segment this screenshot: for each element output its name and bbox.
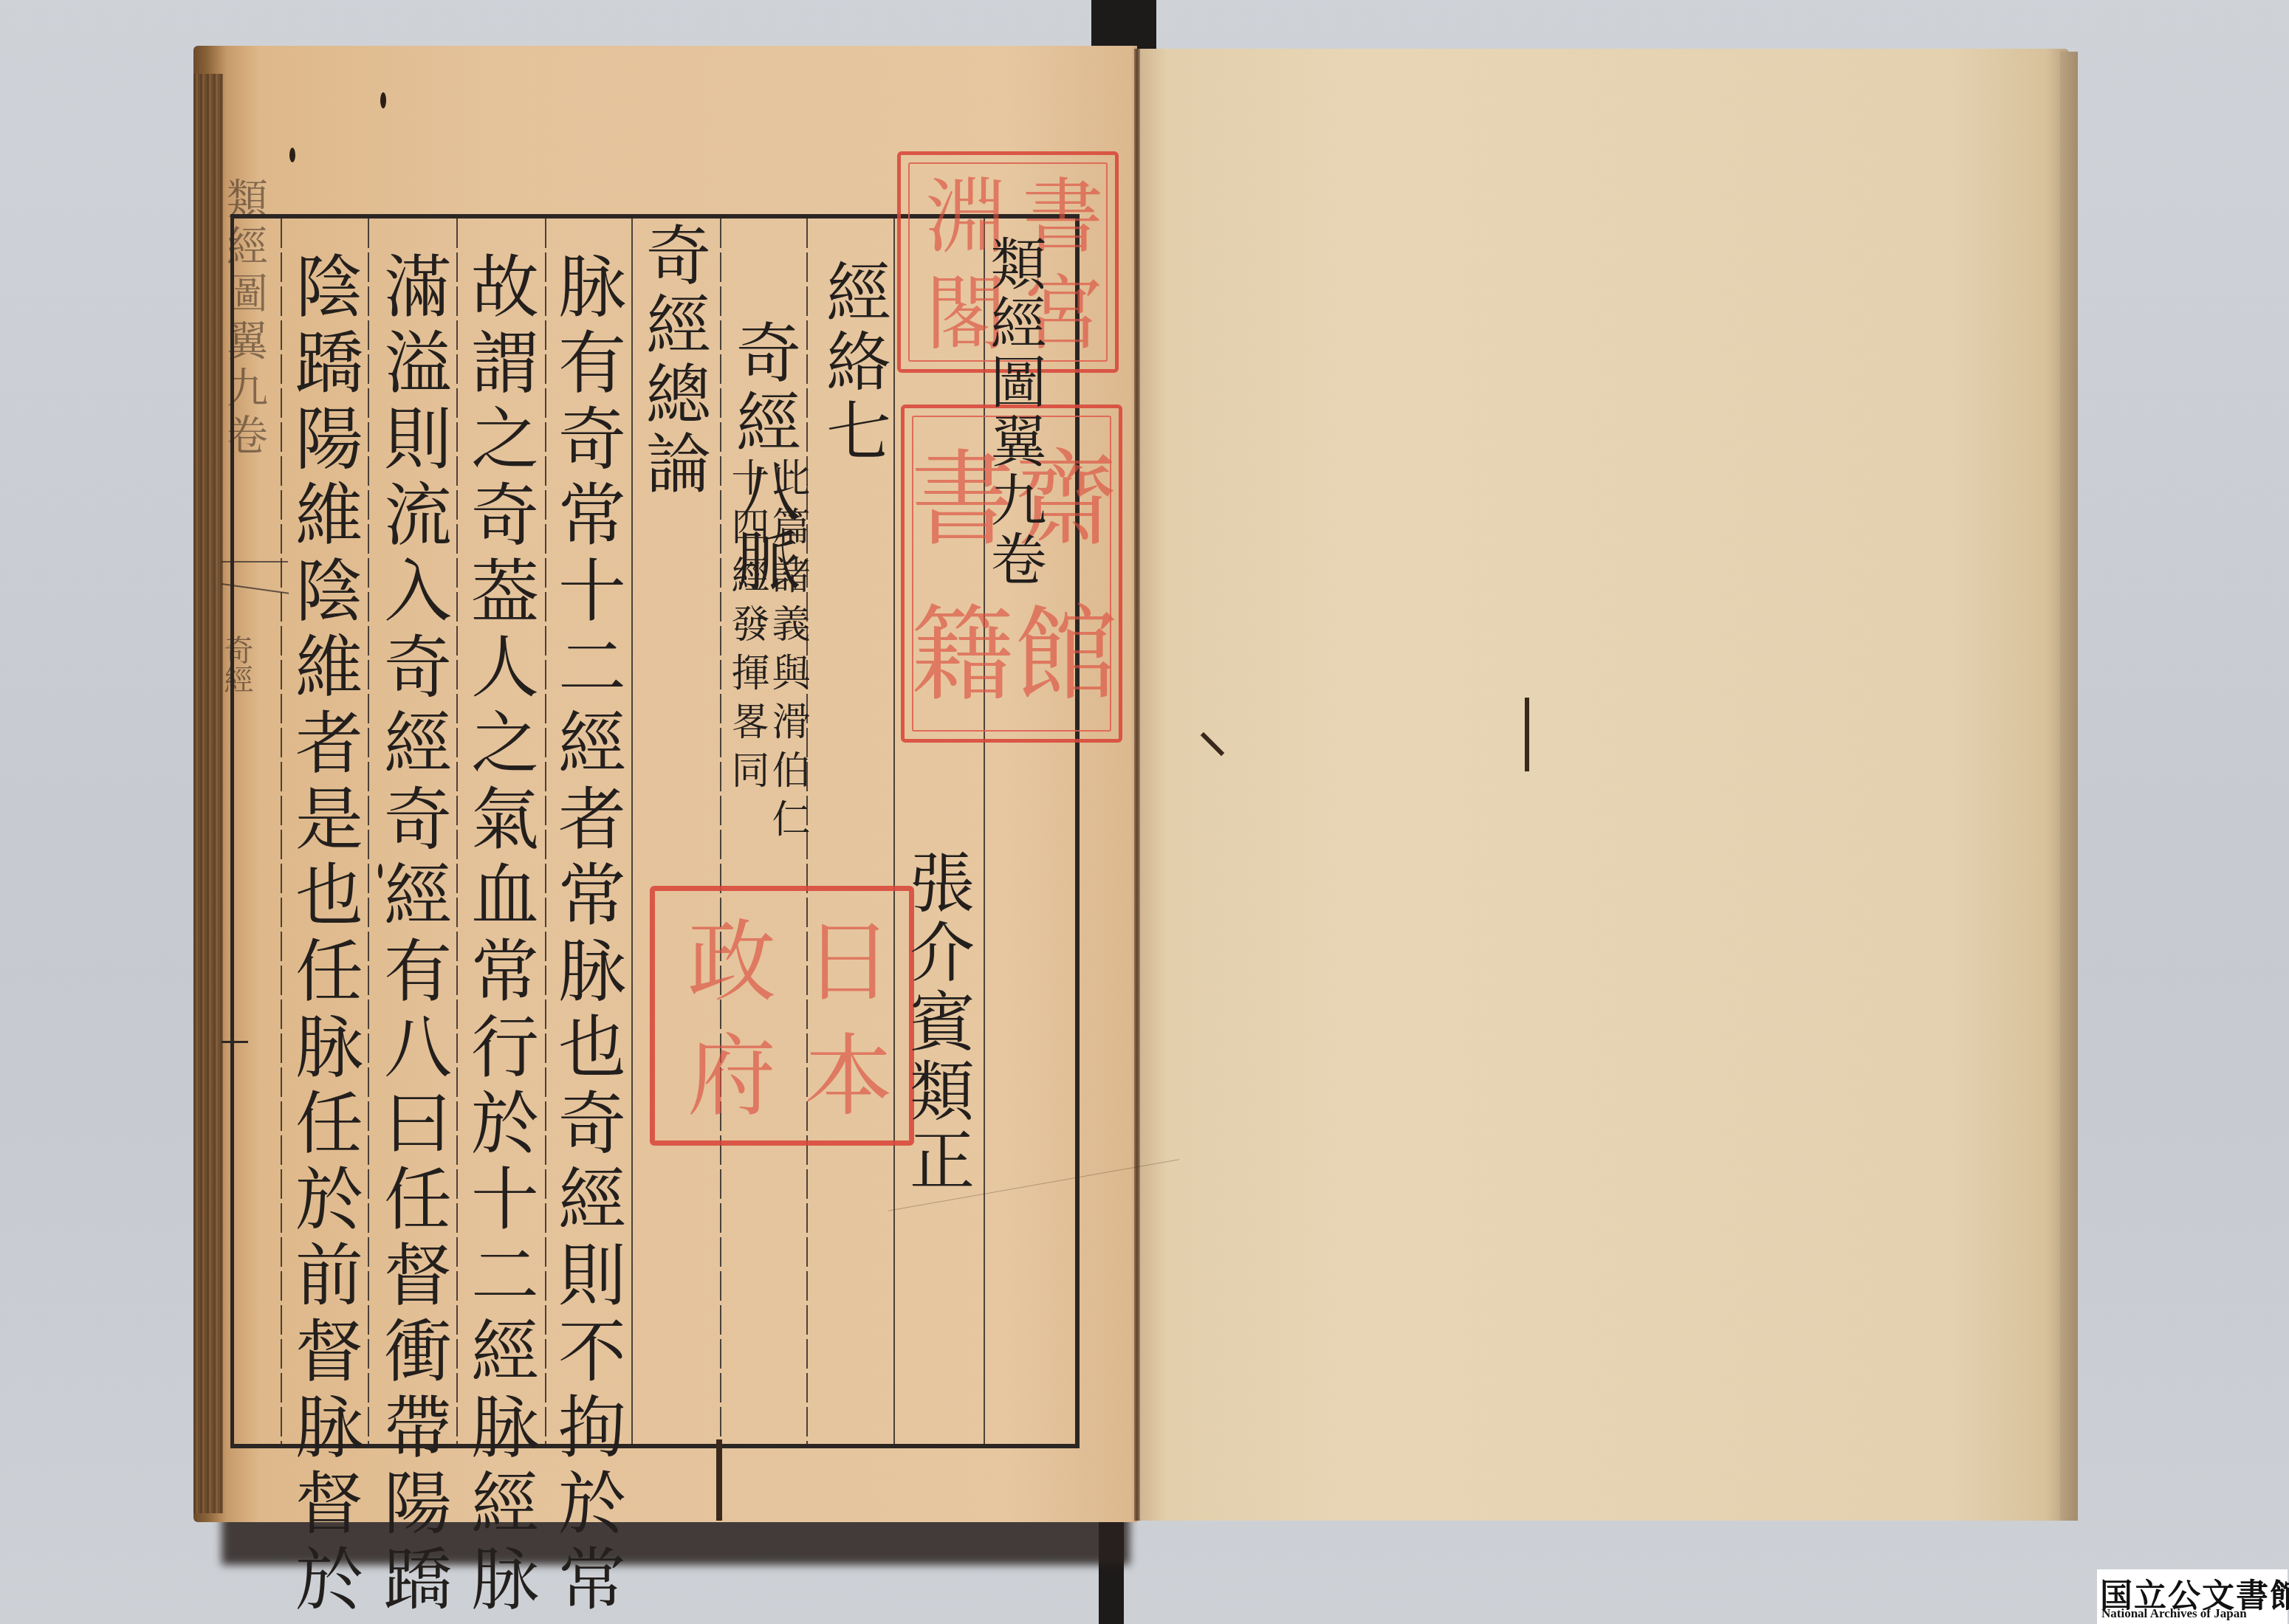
- column-rule: [893, 219, 895, 1444]
- body-column-2: 故謂之奇葢人之氣血常行於十二經脉經脉: [465, 251, 533, 1620]
- seal-glyph: 政: [679, 915, 768, 1003]
- body-column-3: 滿溢則流入奇經奇經有八曰任督衝帶陽蹻: [378, 251, 446, 1620]
- wormhole: [380, 92, 386, 109]
- annotation-left: 十四經發揮畧同: [727, 458, 766, 799]
- seal-glyph: 館: [1005, 599, 1108, 703]
- paper-crack: [716, 1439, 722, 1521]
- right-page-blank: [1137, 49, 2069, 1521]
- seal-glyph: 本: [796, 1029, 885, 1118]
- body-column-4: 陰蹻陽維陰維者是也任脉任於前督脉督於: [289, 251, 357, 1620]
- wormhole: [378, 864, 382, 878]
- seal-glyph: 日: [796, 915, 885, 1003]
- book-title-column: 類經圖翼九卷: [986, 235, 1042, 589]
- column-rule: [545, 219, 546, 1444]
- section-title: 經絡七: [821, 258, 886, 467]
- subsection-heading: 奇經總論: [641, 221, 706, 499]
- wormhole: [289, 148, 295, 162]
- government-seal: 日 本 政 府: [650, 886, 914, 1146]
- author-line: 張介賓類正: [905, 849, 970, 1196]
- column-rule: [368, 219, 369, 1444]
- annotation-right: 此篇諸義與滑伯仁: [768, 458, 806, 847]
- logo-title-en: National Archives of Japan: [2101, 1606, 2247, 1621]
- column-rule: [631, 219, 633, 1444]
- seal-glyph: 籍: [902, 599, 1005, 703]
- right-page-edge: [2060, 52, 2078, 1521]
- seal-glyph: 府: [679, 1029, 768, 1118]
- bookmark-ribbon-top: [1091, 0, 1156, 52]
- book-gutter: [1134, 49, 1140, 1521]
- national-archives-logo: 国立公文書館 National Archives of Japan: [2097, 1569, 2288, 1624]
- column-rule: [720, 219, 721, 1444]
- column-rule: [456, 219, 458, 1444]
- column-rule: [281, 219, 282, 1444]
- body-column-1: 脉有奇常十二經者常脉也奇經則不拘於常: [552, 251, 620, 1620]
- wormhole-trail: [1525, 698, 1529, 771]
